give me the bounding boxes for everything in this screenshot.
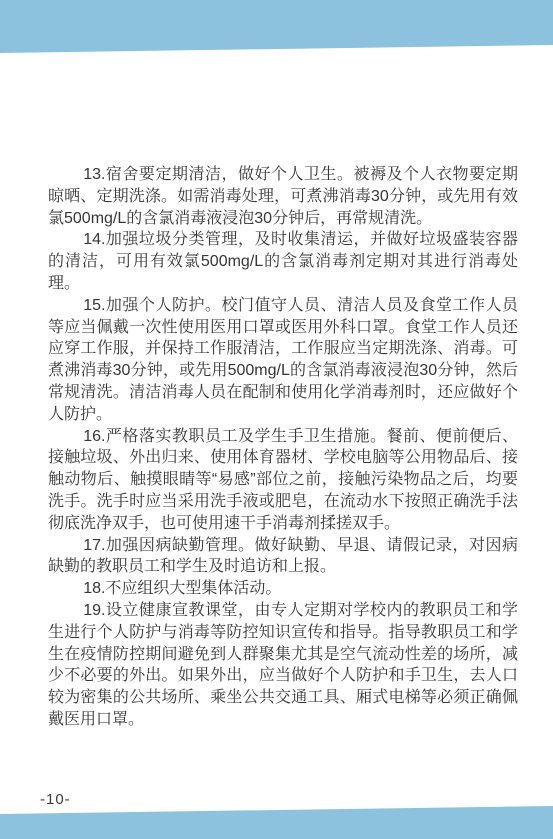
paragraph-item-17: 17.加强因病缺勤管理。做好缺勤、早退、请假记录，对因病缺勤的教职员工和学生及时… [48,535,518,579]
page-number: -10- [40,791,71,808]
document-body: 13.宿舍要定期清洁，做好个人卫生。被褥及个人衣物要定期晾晒、定期洗涤。如需消毒… [48,164,518,731]
paragraph-item-16: 16.严格落实教职员工及学生手卫生措施。餐前、便前便后、接触垃圾、外出归来、使用… [48,426,518,535]
document-page: 13.宿舍要定期清洁，做好个人卫生。被褥及个人衣物要定期晾晒、定期洗涤。如需消毒… [0,0,553,839]
paragraph-item-15: 15.加强个人防护。校门值守人员、清洁人员及食堂工作人员等应当佩戴一次性使用医用… [48,295,518,426]
paragraph-item-18: 18.不应组织大型集体活动。 [48,578,518,600]
paragraph-item-19: 19.设立健康宣教课堂，由专人定期对学校内的教职员工和学生进行个人防护与消毒等防… [48,600,518,731]
bottom-band-decoration [0,800,553,839]
paragraph-item-14: 14.加强垃圾分类管理，及时收集清运，并做好垃圾盛装容器的清洁，可用有效氯500… [48,229,518,294]
top-band-decoration [0,0,553,54]
paragraph-item-13: 13.宿舍要定期清洁，做好个人卫生。被褥及个人衣物要定期晾晒、定期洗涤。如需消毒… [48,164,518,229]
